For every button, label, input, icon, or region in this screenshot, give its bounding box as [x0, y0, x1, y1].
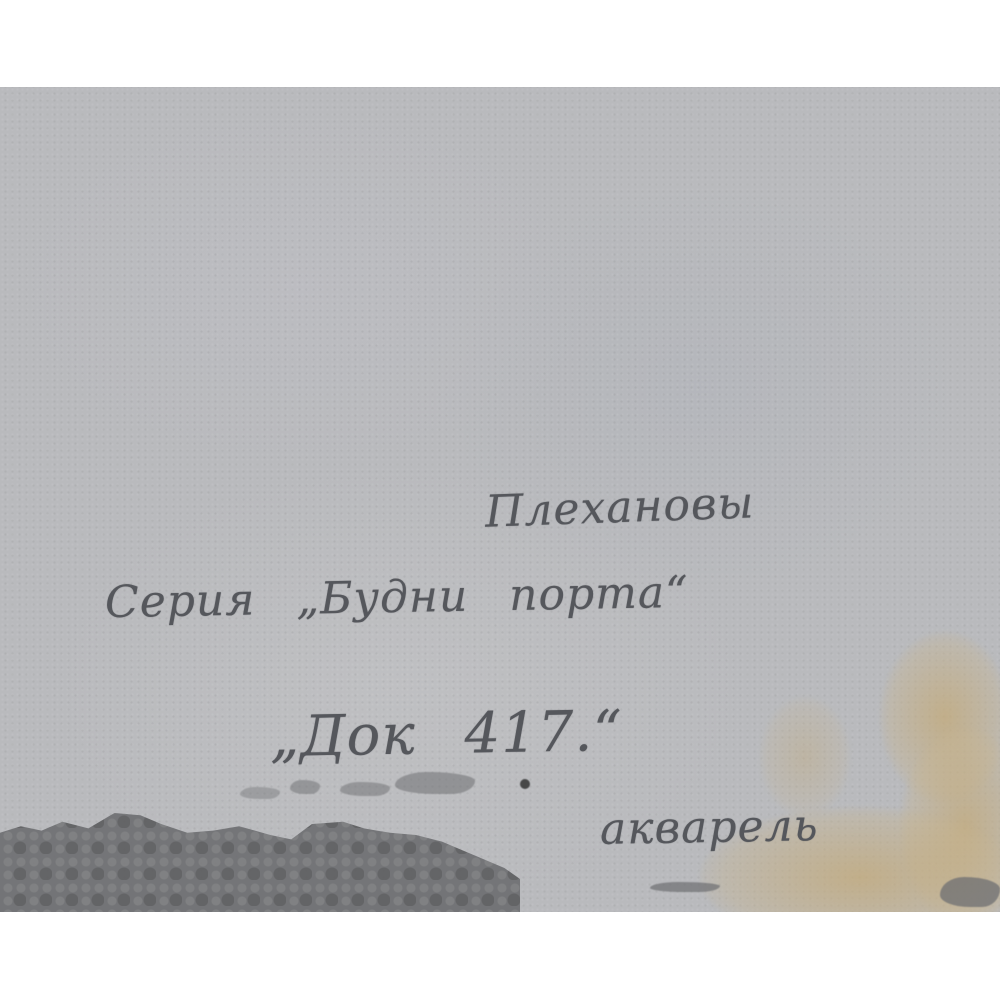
smudge-mark	[395, 772, 475, 794]
inscription-title: „Док 417.“	[269, 699, 623, 770]
water-stain	[760, 697, 850, 817]
smudge-mark	[520, 779, 530, 789]
smudge-mark	[340, 782, 390, 796]
smudge-mark	[290, 780, 320, 794]
inscription-series: Серия „Будни порта“	[105, 567, 689, 628]
smudge-mark	[650, 882, 720, 892]
paper-sheet: Плехановы Серия „Будни порта“ „Док 417.“…	[0, 87, 1000, 912]
smudge-mark	[940, 877, 1000, 907]
inscription-medium: акварель	[600, 800, 819, 855]
smudge-mark	[240, 787, 280, 799]
inscription-authors: Плехановы	[484, 477, 755, 537]
